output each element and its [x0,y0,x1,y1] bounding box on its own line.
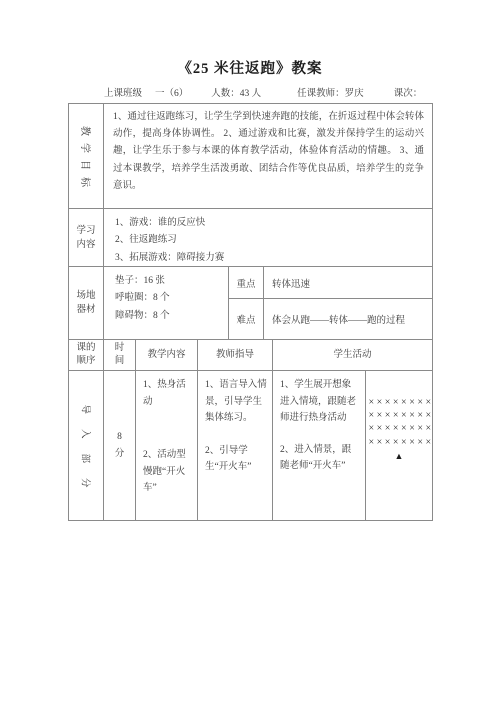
student-activity-text-cell: 1、学生展开想象进入情境，跟随老师进行热身活动 2、进入情景，跟随老师“开火车” [273,371,366,520]
points-cell: 重点 转体迅速 难点 体会从跑——转体——跑的过程 [229,267,432,339]
class-value: 一（6） [155,85,188,99]
row-intro-phase: 导入部分 8 分 1、热身活动 2、活动型慢跑“开火车” 1、语言导入情景，引导… [69,371,432,520]
learning-content-list: 1、游戏：谁的反应快 2、往返跑练习 3、拓展游戏：障碍接力赛 [104,209,432,267]
teacher-guidance-item: 2、引导学生“开火车” [205,443,267,476]
class-info-row: 上课班级 一（6） 人数：43 人 任课教师：罗庆 课次： [104,85,422,99]
objectives-text: 1、通过往返跑练习，让学生学到快速奔跑的技能，在折返过程中体会转体动作，提高身体… [104,104,432,195]
class-label: 上课班级 [104,85,142,99]
formation-row: ×××××××× [366,396,432,409]
key-point-row: 重点 转体迅速 [229,267,432,299]
formation-row: ×××××××× [366,422,432,435]
list-item: 2、往返跑练习 [115,232,424,249]
phase-label: 导入部分 [79,389,93,502]
header-time: 时间 [104,340,136,370]
difficulty-value: 体会从跑——转体——跑的过程 [264,299,432,339]
list-item: 障碍物：8 个 [115,308,220,325]
teaching-content-item: 1、热身活动 [143,377,192,410]
lesson-plan-table: 教学目标 1、通过往返跑练习，让学生学到快速奔跑的技能，在折返过程中体会转体动作… [68,103,433,521]
list-item: 3、拓展游戏：障碍接力赛 [115,250,424,267]
formation-diagram-cell: ×××××××× ×××××××× ×××××××× ×××××××× ▲ [366,371,432,520]
learning-content-label: 学习内容 [73,224,99,252]
student-activity-item: 2、进入情景，跟随老师“开火车” [280,442,360,475]
header-teaching-content: 教学内容 [136,340,198,370]
difficulty-label: 难点 [229,299,264,339]
row-objectives: 教学目标 1、通过往返跑练习，让学生学到快速奔跑的技能，在折返过程中体会转体动作… [69,104,432,209]
header-order: 课的顺序 [69,340,104,370]
teaching-content-cell: 1、热身活动 2、活动型慢跑“开火车” [136,371,198,520]
row-column-headers: 课的顺序 时间 教学内容 教师指导 学生活动 [69,340,432,371]
key-point-label: 重点 [229,267,264,298]
student-formation-diagram: ×××××××× ×××××××× ×××××××× ×××××××× ▲ [366,371,432,461]
teaching-content-item: 2、活动型慢跑“开火车” [143,447,192,497]
equipment-items-cell: 垫子：16 张 呼啦圈：8 个 障碍物：8 个 [104,267,229,339]
formation-row: ×××××××× [366,409,432,422]
learning-content-cell: 1、游戏：谁的反应快 2、往返跑练习 3、拓展游戏：障碍接力赛 [104,209,432,266]
difficulty-row: 难点 体会从跑——转体——跑的过程 [229,299,432,339]
page-title: 《25 米往返跑》教案 [0,57,500,78]
list-item: 1、游戏：谁的反应快 [115,215,424,232]
time-value: 8 分 [113,429,127,463]
key-point-value: 转体迅速 [264,267,432,298]
phase-cell: 导入部分 [69,371,104,520]
objectives-label-cell: 教学目标 [69,104,104,208]
header-teacher-guidance: 教师指导 [198,340,273,370]
student-count: 人数：43 人 [211,85,261,99]
objectives-label: 教学目标 [79,119,94,194]
header-student-activity: 学生活动 [273,340,432,370]
teacher-guidance-item: 1、语言导入情景，引导学生集体练习。 [205,377,267,427]
equipment-label: 场地器材 [73,289,99,317]
student-activity-item: 1、学生展开想象进入情境，跟随老师进行热身活动 [280,377,360,427]
row-equipment: 场地器材 垫子：16 张 呼啦圈：8 个 障碍物：8 个 重点 转体迅速 难点 … [69,267,432,340]
list-item: 垫子：16 张 [115,273,220,290]
list-item: 呼啦圈：8 个 [115,290,220,307]
objectives-content-cell: 1、通过往返跑练习，让学生学到快速奔跑的技能，在折返过程中体会转体动作，提高身体… [104,104,432,208]
teacher-name: 任课教师：罗庆 [297,85,364,99]
lesson-plan-document: 《25 米往返跑》教案 上课班级 一（6） 人数：43 人 任课教师：罗庆 课次… [0,0,500,708]
formation-row: ×××××××× [366,436,432,449]
equipment-list: 垫子：16 张 呼啦圈：8 个 障碍物：8 个 [104,267,228,325]
teacher-guidance-cell: 1、语言导入情景，引导学生集体练习。 2、引导学生“开火车” [198,371,273,520]
learning-content-label-cell: 学习内容 [69,209,104,266]
teacher-position-marker: ▲ [366,451,432,461]
time-cell: 8 分 [104,371,136,520]
equipment-label-cell: 场地器材 [69,267,104,339]
row-learning-content: 学习内容 1、游戏：谁的反应快 2、往返跑练习 3、拓展游戏：障碍接力赛 [69,209,432,267]
session-number: 课次： [394,85,423,99]
